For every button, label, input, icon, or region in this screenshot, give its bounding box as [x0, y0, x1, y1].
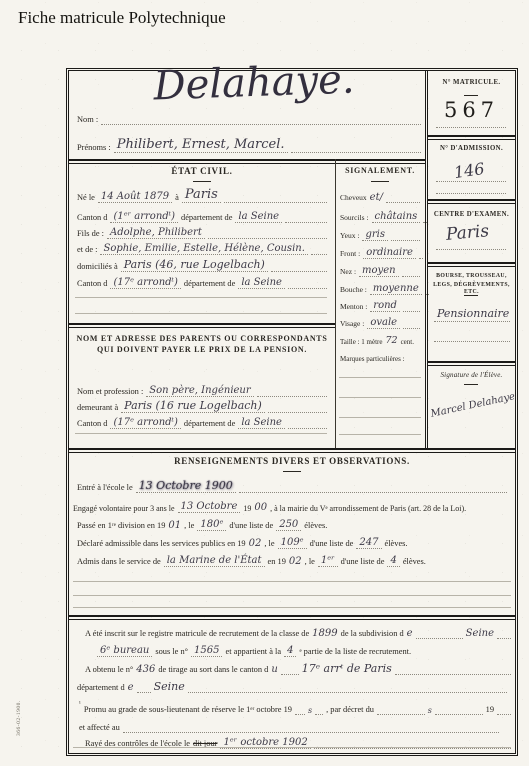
divider: [428, 135, 515, 140]
inscrit-subdivision: Seine: [466, 629, 494, 640]
parents-header-1: NOM ET ADRESSE DES PARENTS OU CORRESPOND…: [71, 335, 333, 344]
divider: [69, 448, 515, 453]
rule-fill: [285, 222, 327, 223]
declare-line: Déclaré admissible dans les services pub…: [77, 535, 507, 549]
cheveux-label: Cheveux: [340, 194, 367, 203]
rule-fill: [137, 692, 151, 693]
rule-fill: [288, 288, 327, 289]
admis-text-3: , le: [305, 557, 315, 567]
passe-text-4: élèves.: [304, 521, 327, 531]
rule-line: [434, 321, 510, 322]
engage-text-3: , à la mairie du Vᵉ arrondissement de Pa…: [270, 504, 466, 513]
visage-row: Visage : ovale: [340, 315, 420, 329]
rule-fill: [416, 638, 463, 639]
admis-year: 02: [289, 557, 302, 568]
marques-label: Marques particulières :: [340, 355, 405, 363]
rule-fill: [188, 692, 507, 693]
rule-fill: [239, 492, 507, 493]
bureau-text-1: sous le n°: [155, 647, 188, 657]
passe-total: 250: [276, 520, 301, 532]
bourse-label-2: LEGS, DÉGRÈVEMENTS, ETC.: [428, 282, 515, 296]
engage-text-2: 19: [243, 504, 251, 513]
inscrit-liaison: e: [407, 629, 413, 640]
nom-label: Nom :: [77, 115, 98, 125]
right-column: N° MATRICULE. 567 N° D'ADMISSION. 146 CE…: [425, 71, 515, 448]
dept2-label: département de: [184, 279, 235, 289]
rule-fill: [435, 714, 483, 715]
nez-row: Nez : moyen: [340, 263, 420, 277]
blank-rule: [339, 417, 421, 418]
bourse-value: Pensionnaire: [437, 308, 509, 319]
rule-fill: [315, 714, 323, 715]
fils-value: Adolphe, Philibert: [107, 228, 205, 240]
blank-rule: [75, 313, 327, 314]
declare-text-3: d'une liste de: [310, 539, 354, 549]
prenoms-line: Prénoms : Philibert, Ernest, Marcel.: [77, 139, 421, 153]
bouche-row: Bouche : moyenne: [340, 281, 420, 295]
admis-text-1: Admis dans le service de: [77, 557, 161, 567]
front-label: Front :: [340, 250, 360, 259]
etde-value: Sophie, Emilie, Estelle, Hélène, Cousin.: [100, 244, 307, 256]
affecte-line: et affecté au: [79, 719, 499, 733]
declare-year: 02: [249, 539, 262, 550]
promu-text-1: Promu au grade de sous-lieutenant de rés…: [84, 705, 292, 715]
prenoms-label: Prénoms :: [77, 143, 111, 153]
rule-fill: [271, 271, 327, 272]
fils-label: Fils de :: [77, 229, 104, 239]
promu-mark-2: s: [428, 707, 432, 715]
promu-text-3: 19: [486, 705, 494, 715]
departement-value: Seine: [154, 681, 185, 693]
blank-rule: [73, 607, 511, 608]
declare-text-4: élèves.: [385, 539, 408, 549]
rule-fill: [314, 748, 511, 749]
etde-line: et de : Sophie, Emilie, Estelle, Hélène,…: [77, 241, 327, 255]
ornament-dash: [371, 181, 389, 182]
rule-line: [434, 341, 510, 342]
signature-label: Signature de l'Élève.: [428, 371, 515, 379]
passe-text-1: Passé en 1ʳᵉ division en 19: [77, 521, 165, 531]
rule-fill: [386, 202, 420, 203]
blank-rule: [75, 433, 327, 434]
footnote-mark: ¹: [79, 701, 81, 708]
demeurant-value: Paris (16 rue Logelbach): [121, 400, 265, 413]
canton2-value: (17ᵉ arrondᵗ): [110, 278, 180, 290]
parents-dept-value: la Seine: [238, 418, 285, 430]
entre-label: Entré à l'école le: [77, 483, 133, 493]
nez-label: Nez :: [340, 268, 356, 277]
blank-rule: [75, 297, 327, 298]
ne-label: Né le: [77, 193, 95, 203]
admis-text-2: en 19: [268, 557, 286, 567]
profession-line: Nom et profession : Son père, Ingénieur: [77, 383, 327, 397]
obtenu-line: A obtenu le n° 436 de tirage au sort dan…: [85, 661, 511, 675]
promu-line: ¹ Promu au grade de sous-lieutenant de r…: [79, 701, 511, 715]
domicilies-value: Paris (46, rue Logelbach): [121, 259, 268, 272]
canton2-label: Canton d: [77, 279, 107, 289]
rule-fill: [224, 202, 327, 203]
ne-value: 14 Août 1879: [98, 192, 172, 204]
declare-text-2: , le: [264, 539, 274, 549]
admis-text-4: d'une liste de: [341, 557, 385, 567]
divider: [428, 262, 515, 267]
rule-fill: [257, 396, 327, 397]
birthplace-value: Paris: [182, 188, 221, 203]
centre-examen-value: Paris: [445, 223, 489, 244]
cheveux-row: Cheveux et/: [340, 189, 420, 203]
taille-label: Taille : 1 mètre: [340, 338, 382, 346]
engage-date: 13 Octobre: [178, 502, 241, 514]
ne-le-line: Né le 14 Août 1879 à Paris: [77, 189, 327, 203]
nom-value-signature: Delahaye.: [88, 57, 419, 108]
admis-service: la Marine de l'État: [164, 556, 265, 568]
matricule-form: Nom : Delahaye. Prénoms : Philibert, Ern…: [66, 68, 518, 756]
inscrit-text-2: de la subdivision d: [341, 629, 404, 639]
dept1-label: département de: [181, 213, 232, 223]
domicilies-label: domiciliés à: [77, 262, 118, 272]
visage-value: ovale: [367, 318, 400, 330]
rule-fill: [497, 638, 511, 639]
ornament-dash: [193, 181, 211, 182]
dept1-value: la Seine: [235, 212, 282, 224]
printer-mark: 366-02-1900.: [16, 700, 22, 736]
rule-fill: [419, 258, 423, 259]
entre-line: Entré à l'école le 13 Octobre 1900: [77, 479, 507, 493]
divider: [69, 615, 515, 620]
canton2-line: Canton d (17ᵉ arrondᵗ) département de la…: [77, 275, 327, 289]
departement-label: département d: [77, 683, 125, 693]
rule-fill: [208, 238, 327, 239]
renseignements-header: RENSEIGNEMENTS DIVERS ET OBSERVATIONS.: [69, 457, 515, 467]
rule-fill: [391, 240, 420, 241]
obtenu-liaison: u: [271, 665, 277, 676]
engage-line: Engagé volontaire pour 3 ans le 13 Octob…: [73, 499, 511, 513]
rule-fill: [295, 714, 305, 715]
rule-line: [436, 193, 506, 194]
admis-line: Admis dans le service de la Marine de l'…: [77, 553, 507, 567]
rule-fill: [123, 732, 499, 733]
divider: [428, 361, 515, 366]
taille-value: 72: [385, 336, 397, 346]
declare-total: 247: [356, 538, 381, 550]
rule-fill: [497, 714, 511, 715]
obtenu-text-2: de tirage au sort dans le canton d: [158, 665, 268, 675]
passe-year: 01: [168, 521, 181, 532]
fils-line: Fils de : Adolphe, Philibert: [77, 225, 327, 239]
passe-line: Passé en 1ʳᵉ division en 19 01 , le 180ᵉ…: [77, 517, 507, 531]
front-row: Front : ordinaire: [340, 245, 420, 259]
inscrit-line: A été inscrit sur le registre matricule …: [85, 625, 511, 639]
bureau-value: 6ᵉ bureau: [97, 646, 152, 658]
bureau-partie: 4: [284, 646, 296, 658]
blank-rule: [339, 377, 421, 378]
rule-line: [436, 181, 506, 182]
rule-fill: [311, 254, 327, 255]
yeux-value: gris: [362, 230, 388, 242]
nom-line: Nom :: [77, 111, 421, 125]
front-value: ordinaire: [363, 248, 416, 260]
ornament-dash: [464, 95, 478, 96]
page-title: Fiche matricule Polytechnique: [18, 8, 226, 28]
centre-examen-label: CENTRE D'EXAMEN.: [428, 211, 515, 219]
rule-fill: [403, 328, 420, 329]
departement-liaison: e: [128, 683, 134, 694]
blank-rule: [73, 747, 511, 748]
ornament-dash: [464, 295, 478, 296]
admis-text-5: élèves.: [403, 557, 426, 567]
divider: [69, 323, 335, 328]
rule-fill: [377, 714, 425, 715]
menton-value: rond: [370, 301, 400, 313]
passe-text-3: d'une liste de: [229, 521, 273, 531]
bureau-text-2: et appartient à la: [225, 647, 281, 657]
blank-rule: [339, 434, 421, 435]
canton1-line: Canton d (1ᵉʳ arrondᵗ) département de la…: [77, 209, 327, 223]
admission-value: 146: [453, 161, 485, 181]
promu-mark-1: s: [308, 707, 312, 715]
canton1-value: (1ᵉʳ arrondᵗ): [110, 212, 178, 224]
domicilies-line: domiciliés à Paris (46, rue Logelbach): [77, 258, 327, 272]
rule-fill: [288, 428, 327, 429]
visage-label: Visage :: [340, 320, 364, 329]
menton-label: Menton :: [340, 303, 367, 312]
engage-text-1: Engagé volontaire pour 3 ans le: [73, 504, 175, 513]
rule-fill: [395, 674, 511, 675]
departement-line: département d e Seine: [77, 679, 507, 693]
passe-text-2: , le: [184, 521, 194, 531]
signalement-header: SIGNALEMENT.: [335, 167, 425, 176]
rule-fill: [101, 124, 421, 125]
demeurant-line: demeurant à Paris (16 rue Logelbach): [77, 399, 327, 413]
rule-line: [436, 249, 506, 250]
obtenu-canton: 17ᵉ arrᵗ de Paris: [302, 663, 392, 675]
scanned-document: { "page": { "title": "Fiche matricule Po…: [0, 0, 529, 766]
profession-label: Nom et profession :: [77, 387, 143, 397]
ornament-dash: [464, 384, 478, 385]
rule-fill: [281, 674, 299, 675]
passe-rank: 180ᵉ: [197, 520, 226, 532]
admission-label: N° D'ADMISSION.: [428, 145, 515, 153]
matricule-label: N° MATRICULE.: [428, 79, 515, 87]
rule-line: [436, 127, 506, 128]
rule-fill: [268, 412, 327, 413]
rule-fill: [402, 276, 420, 277]
obtenu-numero: 436: [136, 665, 155, 676]
taille-row: Taille : 1 mètre 72 cent.: [340, 332, 420, 346]
ornament-dash: [283, 471, 301, 472]
rule-fill: [291, 152, 421, 153]
inscrit-classe: 1899: [312, 629, 337, 640]
bouche-value: moyenne: [370, 284, 422, 296]
promu-text-2: , par décret du: [326, 705, 374, 715]
admis-rank: 1ᵉʳ: [318, 556, 338, 568]
cheveux-value: et/: [370, 193, 383, 204]
yeux-label: Yeux :: [340, 232, 359, 241]
etde-label: et de :: [77, 245, 97, 255]
blank-rule: [73, 595, 511, 596]
signature-value: Marcel Delahaye: [430, 392, 516, 420]
obtenu-text-1: A obtenu le n°: [85, 665, 133, 675]
a-label: à: [175, 193, 179, 203]
bourse-label-1: BOURSE, TROUSSEAU,: [428, 273, 515, 280]
entre-value: 13 Octobre 1900: [136, 480, 236, 493]
menton-row: Menton : rond: [340, 298, 420, 312]
bureau-line: 6ᵉ bureau sous le n° 1565 et appartient …: [97, 643, 497, 657]
yeux-row: Yeux : gris: [340, 227, 420, 241]
nez-value: moyen: [359, 266, 399, 278]
inscrit-text-1: A été inscrit sur le registre matricule …: [85, 629, 309, 639]
divider: [428, 199, 515, 204]
bureau-text-3: ᵉ partie de la liste de recrutement.: [299, 647, 411, 657]
blank-rule: [339, 397, 421, 398]
affecte-label: et affecté au: [79, 723, 120, 733]
marques-row: Marques particulières :: [340, 349, 420, 363]
matricule-value: 567: [428, 98, 515, 122]
sourcils-value: châtains: [372, 212, 421, 224]
column-separator: [335, 159, 336, 448]
engage-year: 00: [254, 503, 267, 514]
divider: [69, 159, 425, 164]
parents-canton-line: Canton d (17ᵉ arrondᵗ) département de la…: [77, 415, 327, 429]
blank-rule: [73, 581, 511, 582]
declare-text-1: Déclaré admissible dans les services pub…: [77, 539, 246, 549]
parents-canton-label: Canton d: [77, 419, 107, 429]
sourcils-row: Sourcils : châtains: [340, 209, 420, 223]
prenoms-value: Philibert, Ernest, Marcel.: [114, 138, 288, 153]
dept2-value: la Seine: [238, 278, 285, 290]
bouche-label: Bouche :: [340, 286, 367, 295]
canton1-label: Canton d: [77, 213, 107, 223]
rule-fill: [403, 311, 420, 312]
declare-rank: 109ᵉ: [278, 538, 307, 550]
parents-header-2: QUI DOIVENT PAYER LE PRIX DE LA PENSION.: [71, 346, 333, 355]
taille-suffix: cent.: [401, 338, 414, 346]
sourcils-label: Sourcils :: [340, 214, 369, 223]
profession-value: Son père, Ingénieur: [146, 386, 253, 398]
etat-civil-header: ÉTAT CIVIL.: [69, 167, 335, 177]
demeurant-label: demeurant à: [77, 403, 118, 413]
bureau-numero: 1565: [191, 646, 222, 658]
parents-dept-label: département de: [184, 419, 235, 429]
admis-total: 4: [387, 556, 399, 568]
parents-canton-value: (17ᵉ arrondᵗ): [110, 418, 180, 430]
